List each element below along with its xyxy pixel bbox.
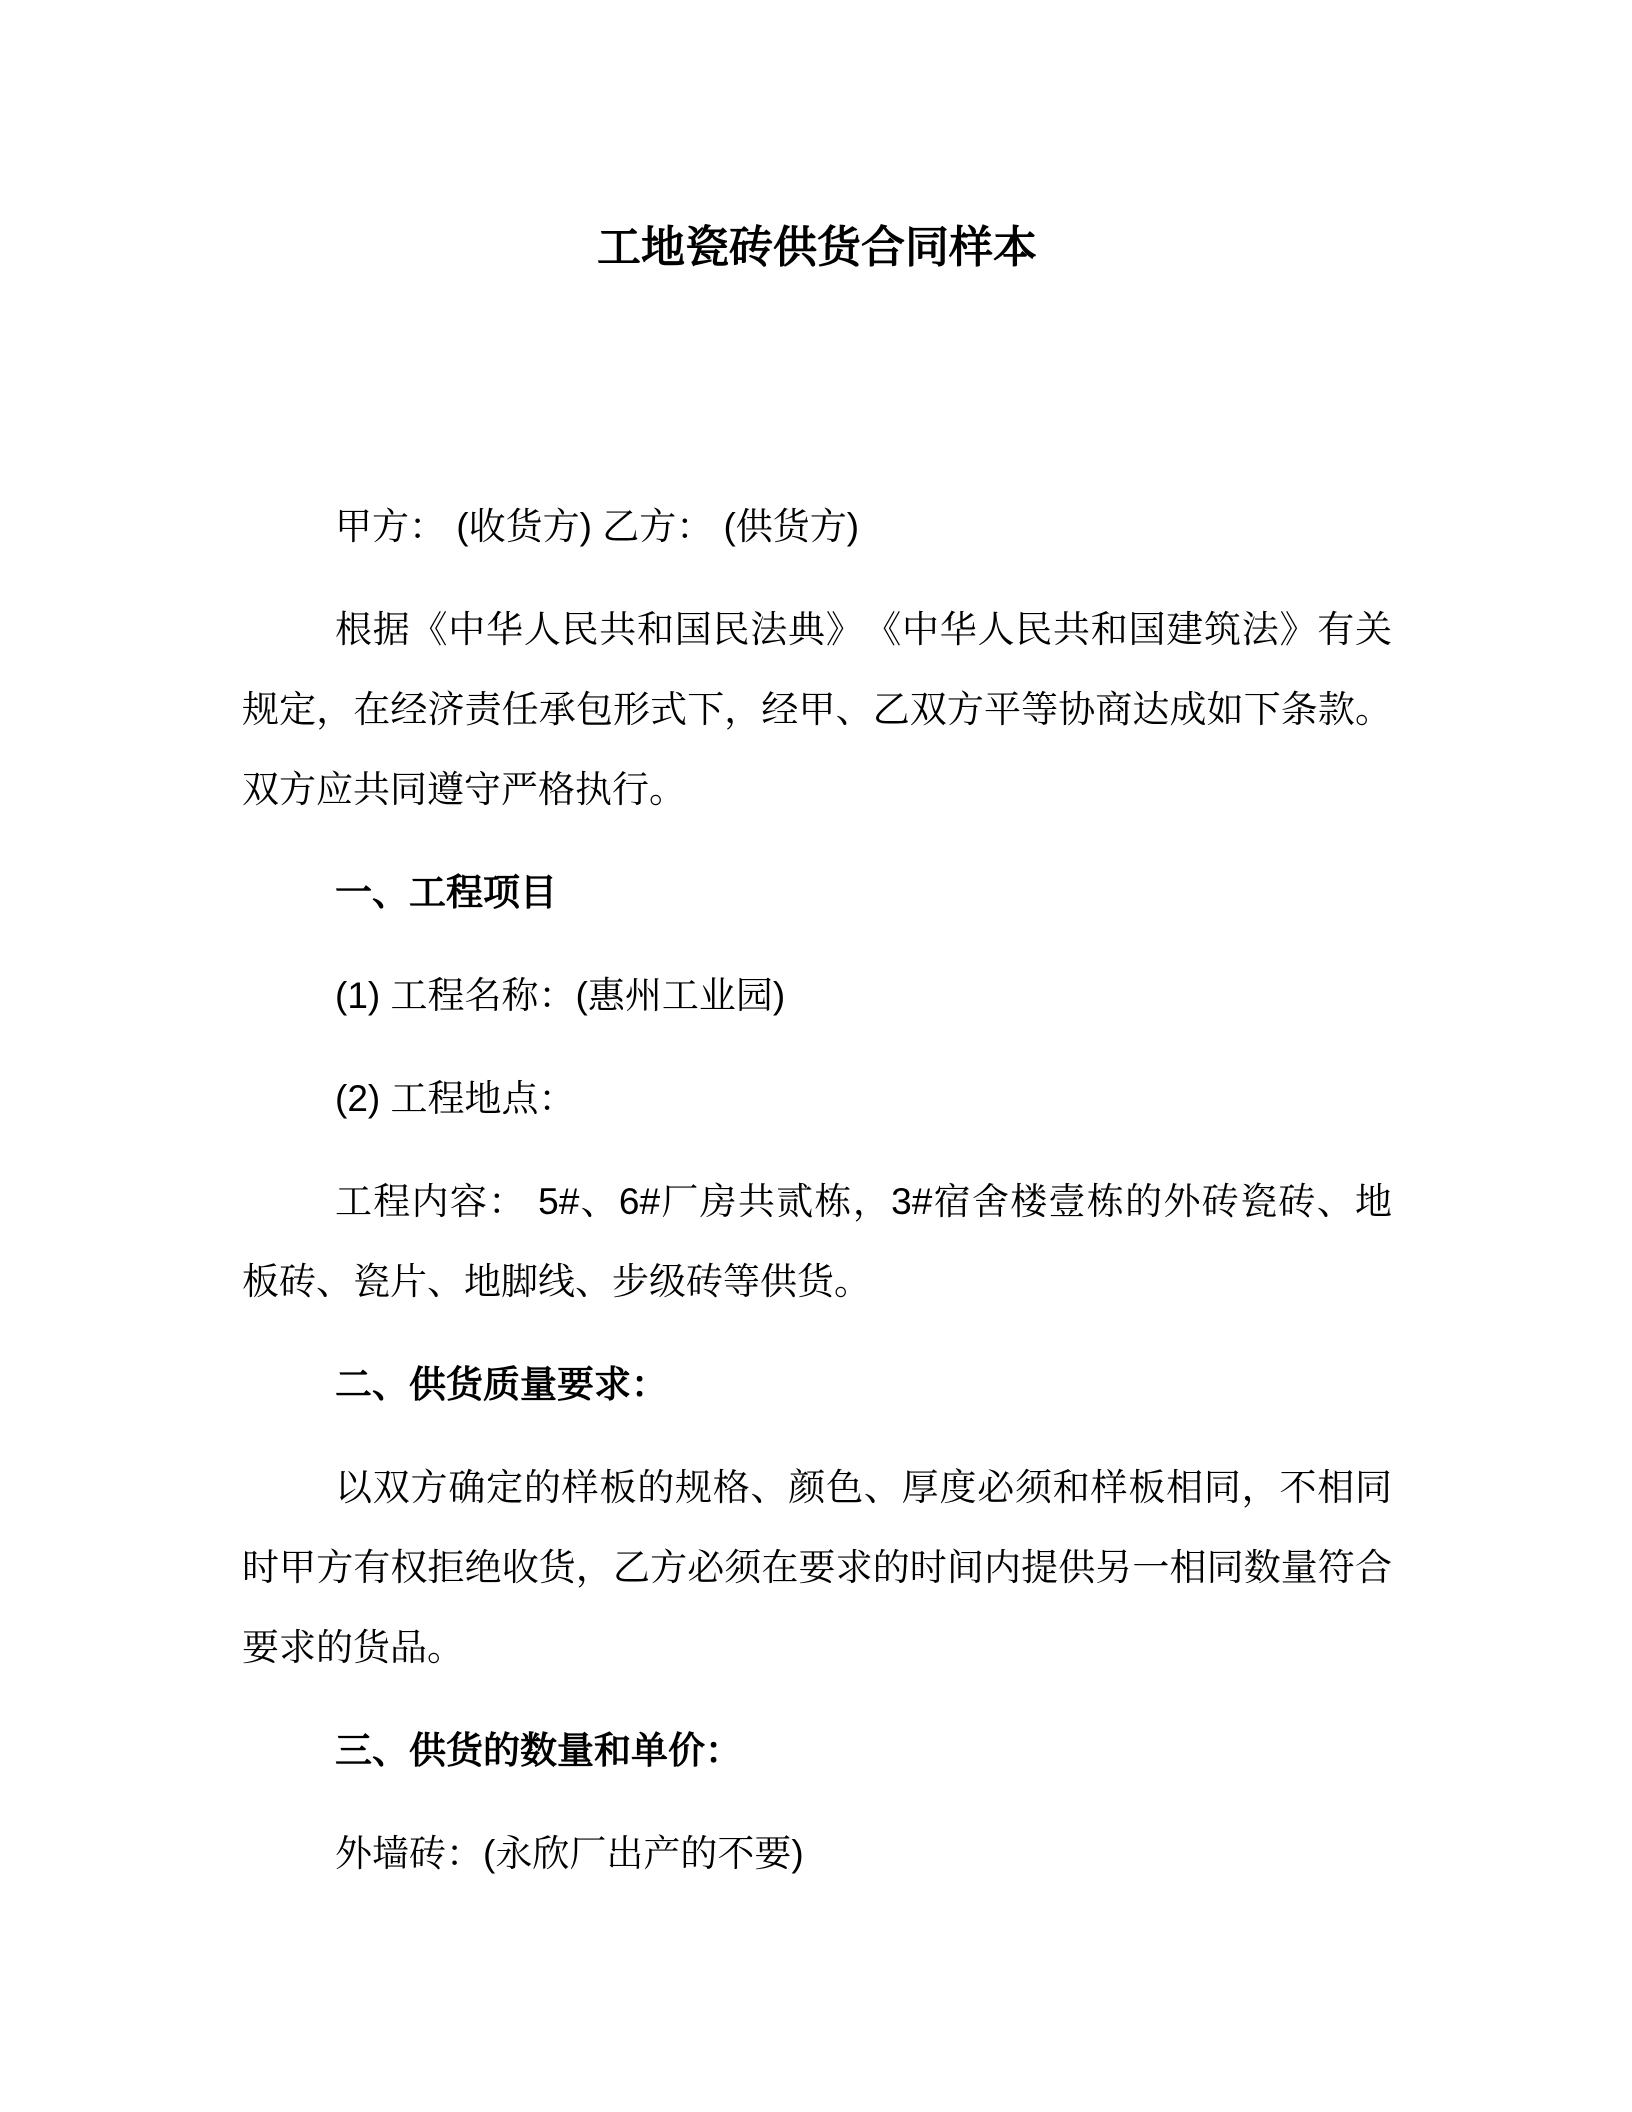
section-3-heading: 三、供货的数量和单价： (242, 1711, 1392, 1791)
parties-line: 甲方： (收货方) 乙方： (供货方) (242, 487, 1392, 567)
contract-document-page: 工地瓷砖供货合同样本 甲方： (收货方) 乙方： (供货方) 根据《中华人民共和… (0, 0, 1632, 2112)
project-content-paragraph: 工程内容： 5#、6#厂房共贰栋，3#宿舍楼壹栋的外砖瓷砖、地板砖、瓷片、地脚线… (242, 1162, 1392, 1322)
project-name-line: (1) 工程名称：(惠州工业园) (242, 956, 1392, 1036)
project-location-line: (2) 工程地点： (242, 1059, 1392, 1139)
preamble-paragraph: 根据《中华人民共和国民法典》 《中华人民共和国建筑法》有关规定，在经济责任承包形… (242, 590, 1392, 830)
section-2-heading: 二、供货质量要求： (242, 1345, 1392, 1425)
exterior-wall-tile-line: 外墙砖：(永欣厂出产的不要) (242, 1814, 1392, 1894)
quality-requirements-paragraph: 以双方确定的样板的规格、颜色、厚度必须和样板相同，不相同时甲方有权拒绝收货，乙方… (242, 1448, 1392, 1688)
contract-title: 工地瓷砖供货合同样本 (242, 204, 1392, 292)
section-1-heading: 一、工程项目 (242, 853, 1392, 933)
